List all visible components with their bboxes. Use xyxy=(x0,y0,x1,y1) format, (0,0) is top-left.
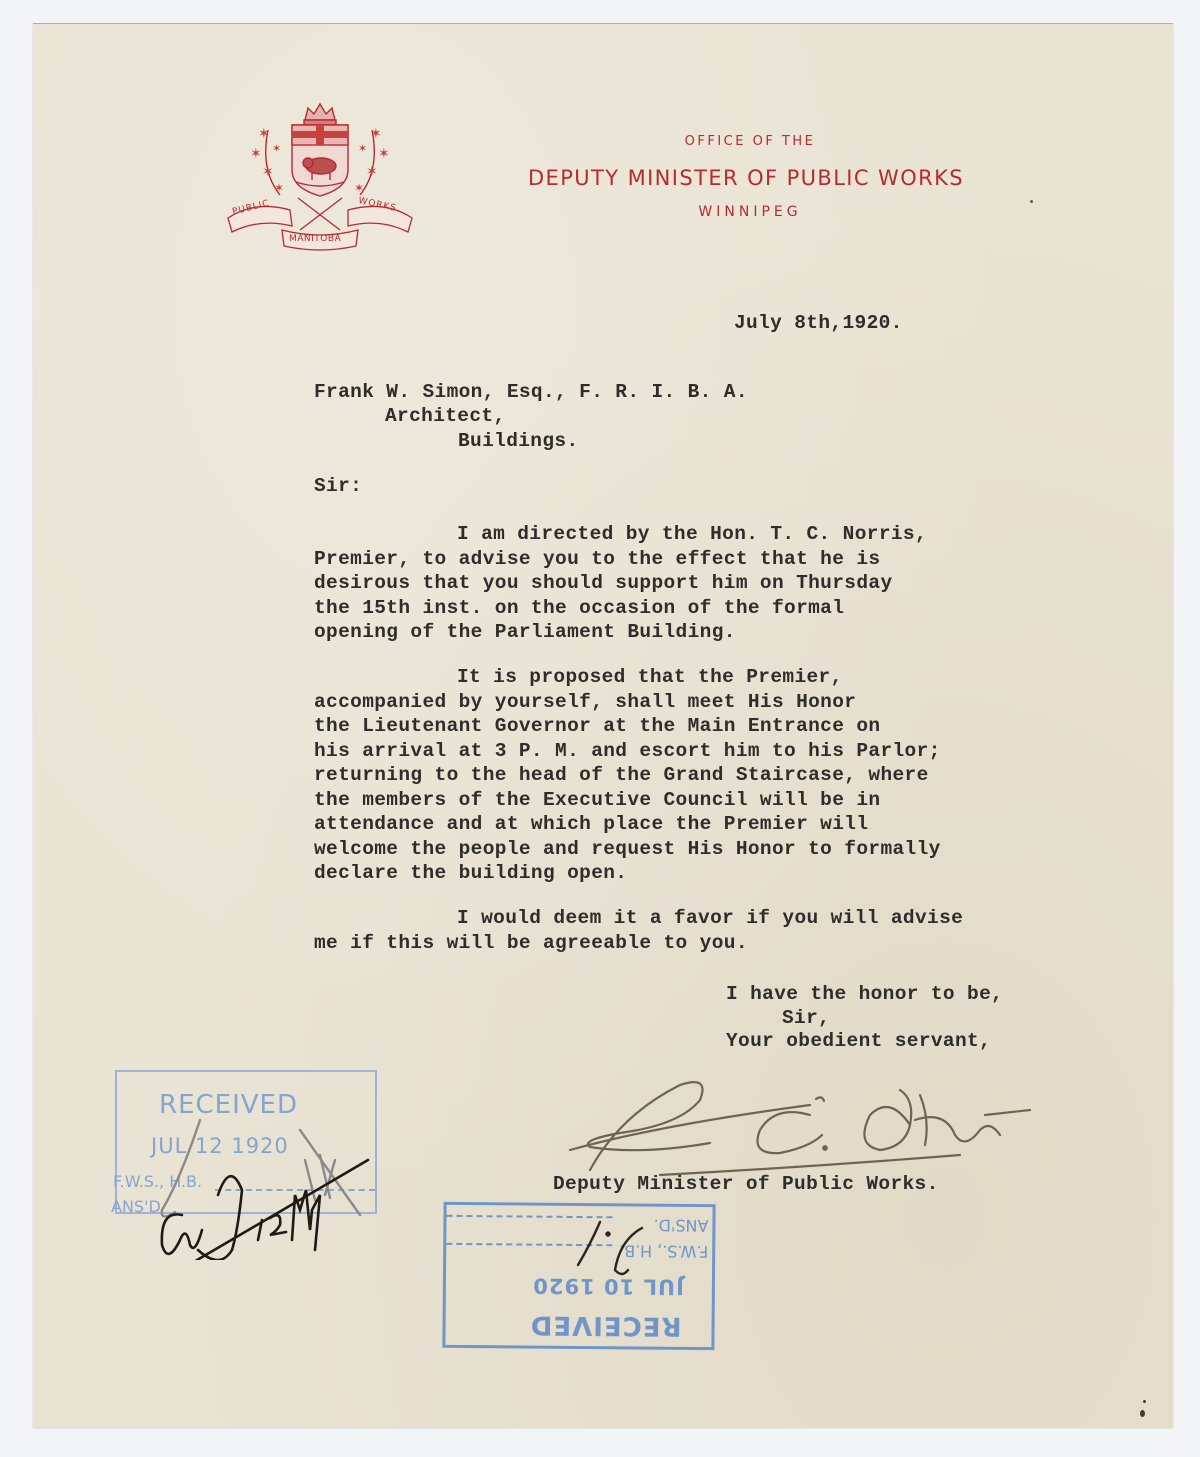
body-line: I would deem it a favor if you will advi… xyxy=(314,906,963,931)
closing-sir: Sir, xyxy=(782,1006,830,1031)
body-line: the Lieutenant Governor at the Main Entr… xyxy=(314,714,941,739)
recipient-address: Buildings. xyxy=(458,429,579,454)
body-paragraph-2: It is proposed that the Premier, accompa… xyxy=(314,665,941,886)
svg-text:✶: ✶ xyxy=(262,165,274,180)
crest-ribbon-manitoba: MANITOBA xyxy=(289,234,341,244)
recipient-title: Architect, xyxy=(385,404,506,429)
svg-text:✶: ✶ xyxy=(358,143,367,155)
body-line: opening of the Parliament Building. xyxy=(314,620,927,645)
svg-text:✶: ✶ xyxy=(250,147,262,162)
svg-text:✶: ✶ xyxy=(366,165,378,180)
body-line: Premier, to advise you to the effect tha… xyxy=(314,547,927,572)
body-line: returning to the head of the Grand Stair… xyxy=(314,763,941,788)
closing-line: I have the honor to be, xyxy=(726,982,1003,1007)
letterhead-city: WINNIPEG xyxy=(650,204,850,220)
received-stamp-jul-12: RECEIVED JUL 12 1920 F.W.S., H.B. ANS'D xyxy=(115,1070,377,1214)
svg-text:✶: ✶ xyxy=(378,147,390,162)
stamp-label: RECEIVED xyxy=(530,1310,682,1341)
body-line: declare the building open. xyxy=(314,861,941,886)
body-line: accompanied by yourself, shall meet His … xyxy=(314,690,941,715)
paper-speck xyxy=(1140,1410,1145,1417)
body-line: desirous that you should support him on … xyxy=(314,571,927,596)
body-paragraph-3: I would deem it a favor if you will advi… xyxy=(314,906,963,955)
stamp-line-1: F.W.S., H.B. xyxy=(619,1241,708,1261)
body-line: welcome the people and request His Honor… xyxy=(314,837,941,862)
stamp-date: JUL 12 1920 xyxy=(151,1134,289,1158)
received-stamp-jul-10: RECEIVED JUL 10 1920 F.W.S., H.B. ANS'D. xyxy=(442,1202,715,1350)
body-line: his arrival at 3 P. M. and escort him to… xyxy=(314,739,941,764)
closing-servant: Your obedient servant, xyxy=(726,1029,991,1054)
svg-text:✶: ✶ xyxy=(272,143,281,155)
handwritten-initials-text: AJ xyxy=(160,1220,161,1221)
stamp-line-2: ANS'D. xyxy=(653,1216,708,1235)
letterhead-office-of: OFFICE OF THE xyxy=(650,134,850,149)
paper-speck xyxy=(1030,200,1033,203)
recipient-name: Frank W. Simon, Esq., F. R. I. B. A. xyxy=(314,380,748,405)
letterhead-title: DEPUTY MINISTER OF PUBLIC WORKS xyxy=(486,166,1006,190)
stamp-rule xyxy=(447,1215,613,1218)
svg-text:✶: ✶ xyxy=(274,181,284,195)
signature-text: E. C. Oxton xyxy=(870,1110,876,1111)
body-line: me if this will be agreeable to you. xyxy=(314,931,963,956)
body-paragraph-1: I am directed by the Hon. T. C. Norris, … xyxy=(314,522,927,645)
salutation: Sir: xyxy=(314,474,362,499)
svg-text:✶: ✶ xyxy=(258,127,270,142)
stamp-line-1: F.W.S., H.B. xyxy=(113,1172,202,1191)
body-line: attendance and at which place the Premie… xyxy=(314,812,941,837)
body-line: the members of the Executive Council wil… xyxy=(314,788,941,813)
body-line: It is proposed that the Premier, xyxy=(314,665,941,690)
svg-text:✶: ✶ xyxy=(370,127,382,142)
handwritten-date-text: 12/VI xyxy=(260,1225,262,1226)
letter-date: July 8th,1920. xyxy=(734,311,903,336)
manitoba-crest-icon: ✶✶ ✶✶ ✶ ✶✶ ✶✶ ✶ xyxy=(220,100,420,270)
stamp-line-2: ANS'D xyxy=(111,1197,161,1216)
stamp-label: RECEIVED xyxy=(159,1090,298,1120)
svg-text:✶: ✶ xyxy=(354,181,364,195)
body-line: the 15th inst. on the occasion of the fo… xyxy=(314,596,927,621)
stamp-date: JUL 10 1920 xyxy=(532,1274,684,1299)
signature-title: Deputy Minister of Public Works. xyxy=(553,1172,939,1197)
paper-speck xyxy=(1143,1400,1146,1403)
body-line: I am directed by the Hon. T. C. Norris, xyxy=(314,522,927,547)
stamp-rule xyxy=(446,1243,612,1246)
stamp-rule xyxy=(215,1189,375,1191)
